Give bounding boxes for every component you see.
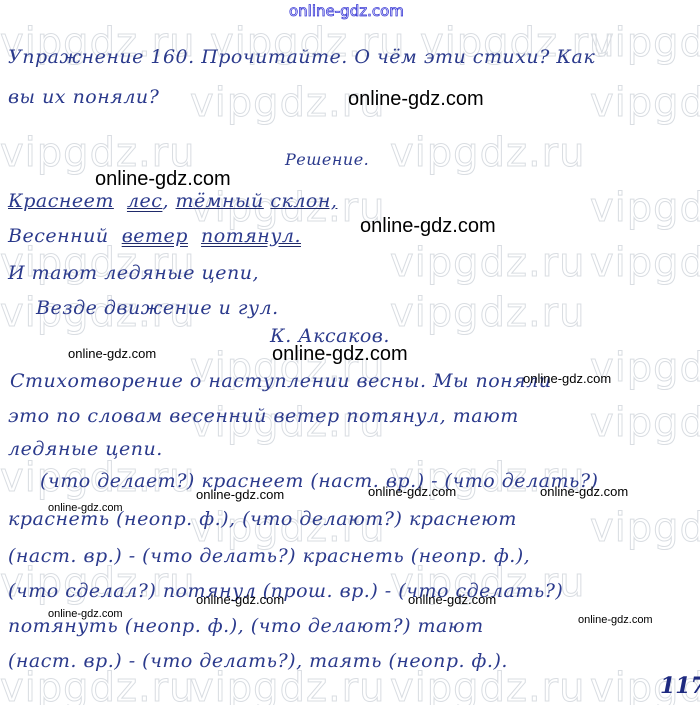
- poem-word: склон,: [270, 190, 337, 212]
- brand-watermark: online-gdz.com: [196, 487, 284, 502]
- poem-word: лес: [127, 190, 162, 212]
- brand-watermark: online-gdz.com: [348, 88, 484, 111]
- task-line-1: Упражнение 160. Прочитайте. О чём эти ст…: [8, 46, 595, 68]
- brand-watermark: online-gdz.com: [95, 168, 231, 191]
- homework-page: vipgdz.ru vipgdz.ru vipgdz.ru vipgdz.ru …: [0, 0, 700, 705]
- answer-line-1: Стихотворение о наступлении весны. Мы по…: [10, 370, 552, 392]
- page-number: 117: [660, 673, 700, 699]
- answer-line-2: это по словам весенний ветер потянул, та…: [8, 405, 519, 427]
- background-watermark: vipgdz.ru: [590, 185, 700, 231]
- background-watermark: vipgdz.ru: [590, 505, 700, 551]
- brand-watermark: online-gdz.com: [196, 592, 284, 607]
- brand-watermark: online-gdz.com: [68, 346, 156, 361]
- brand-watermark: online-gdz.com: [368, 484, 456, 499]
- poem-word: тёмный: [176, 190, 264, 212]
- poem-word: Весенний: [8, 225, 109, 247]
- analysis-line: (наст. вр.) - (что делать?), таять (неоп…: [8, 650, 508, 672]
- poem-line-3: И тают ледяные цепи,: [8, 262, 259, 284]
- answer-line-3: ледяные цепи.: [8, 438, 163, 460]
- poem-line-2: Весенний ветер потянул.: [8, 225, 301, 247]
- analysis-line: (что делает?) краснеет (наст. вр.) - (чт…: [40, 470, 598, 492]
- background-watermark: vipgdz.ru: [390, 240, 585, 286]
- brand-watermark: online-gdz.com: [360, 215, 496, 238]
- background-watermark: vipgdz.ru: [590, 80, 700, 126]
- background-watermark: vipgdz.ru: [590, 400, 700, 446]
- solution-title: Решение.: [285, 150, 369, 169]
- brand-watermark: online-gdz.com: [540, 484, 628, 499]
- poem-word: потянул.: [201, 225, 301, 247]
- brand-watermark: online-gdz.com: [272, 343, 408, 366]
- brand-watermark: online-gdz.com: [408, 592, 496, 607]
- background-watermark: vipgdz.ru: [590, 20, 700, 66]
- analysis-line: (наст. вр.) - (что делать?) краснеть (не…: [8, 545, 530, 567]
- brand-watermark: online-gdz.com: [48, 502, 123, 514]
- brand-watermark: online-gdz.com: [48, 608, 123, 620]
- brand-watermark: online-gdz.com: [523, 371, 611, 386]
- poem-line-4: Везде движение и гул.: [36, 297, 279, 319]
- brand-watermark: online-gdz.com: [578, 614, 653, 626]
- poem-word: Краснеет: [8, 190, 114, 212]
- background-watermark: vipgdz.ru: [390, 290, 585, 336]
- poem-line-1: Краснеет лес, тёмный склон,: [8, 190, 337, 212]
- background-watermark: vipgdz.ru: [590, 240, 700, 286]
- task-line-2: вы их поняли?: [8, 86, 159, 108]
- top-watermark: online-gdz.com: [289, 2, 404, 20]
- poem-word: ветер: [122, 225, 188, 247]
- background-watermark: vipgdz.ru: [390, 130, 585, 176]
